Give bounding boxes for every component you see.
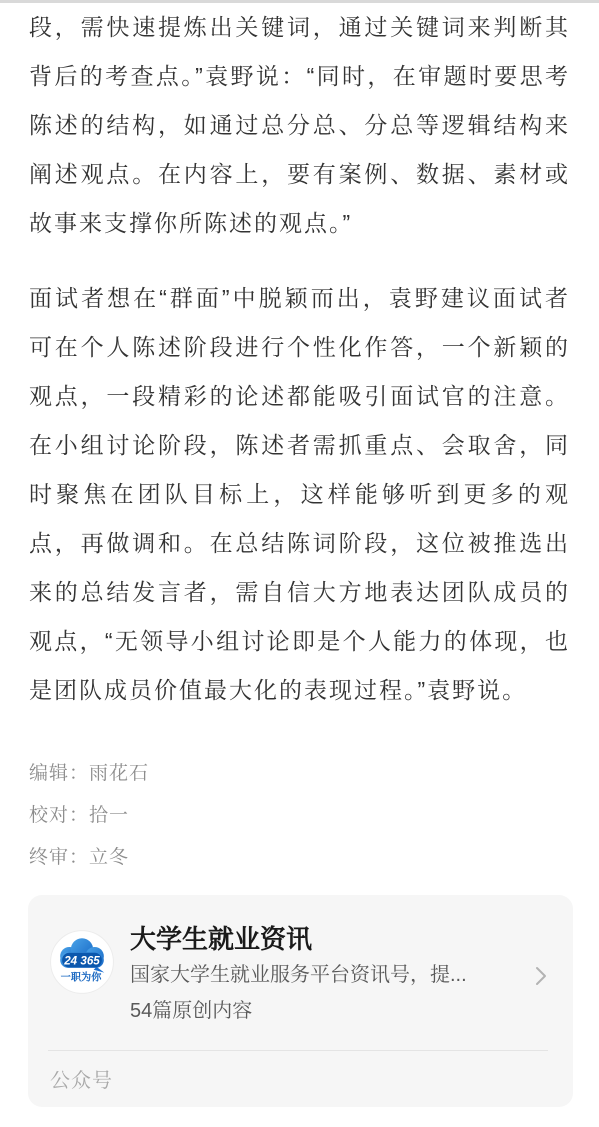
account-type-label: 公众号 [28, 1051, 573, 1093]
editorial-credits: 编辑：雨花石 校对：拾一 终审：立冬 [29, 753, 570, 879]
official-account-card[interactable]: 24 365 一职为你 大学生就业资讯 国家大学生就业服务平台资讯号，提... … [28, 895, 573, 1107]
account-name: 大学生就业资讯 [130, 923, 549, 955]
credit-proofreader: 校对：拾一 [29, 795, 570, 837]
article-paragraph: 面试者想在“群面”中脱颖而出，袁野建议面试者可在个人陈述阶段进行个性化作答，一个… [29, 274, 570, 715]
chevron-right-icon[interactable] [533, 963, 549, 989]
account-original-count: 54篇原创内容 [130, 998, 549, 1025]
credit-final-reviewer: 终审：立冬 [29, 837, 570, 879]
article-body: 段，需快速提炼出关键词，通过关键词来判断其背后的考查点。”袁野说：“同时，在审题… [0, 3, 599, 879]
article-page: 段，需快速提炼出关键词，通过关键词来判断其背后的考查点。”袁野说：“同时，在审题… [0, 0, 599, 1127]
article-paragraph: 段，需快速提炼出关键词，通过关键词来判断其背后的考查点。”袁野说：“同时，在审题… [29, 3, 570, 248]
account-logo: 24 365 一职为你 [50, 930, 114, 994]
logo-tagline: 一职为你 [61, 970, 103, 983]
account-card-main: 24 365 一职为你 大学生就业资讯 国家大学生就业服务平台资讯号，提... … [28, 895, 573, 1025]
account-description: 国家大学生就业服务平台资讯号，提... [130, 962, 521, 989]
credit-editor: 编辑：雨花石 [29, 753, 570, 795]
account-description-row: 国家大学生就业服务平台资讯号，提... [130, 962, 549, 989]
logo-badge-text: 24 365 [63, 954, 100, 967]
account-info: 大学生就业资讯 国家大学生就业服务平台资讯号，提... 54篇原创内容 [130, 923, 549, 1025]
